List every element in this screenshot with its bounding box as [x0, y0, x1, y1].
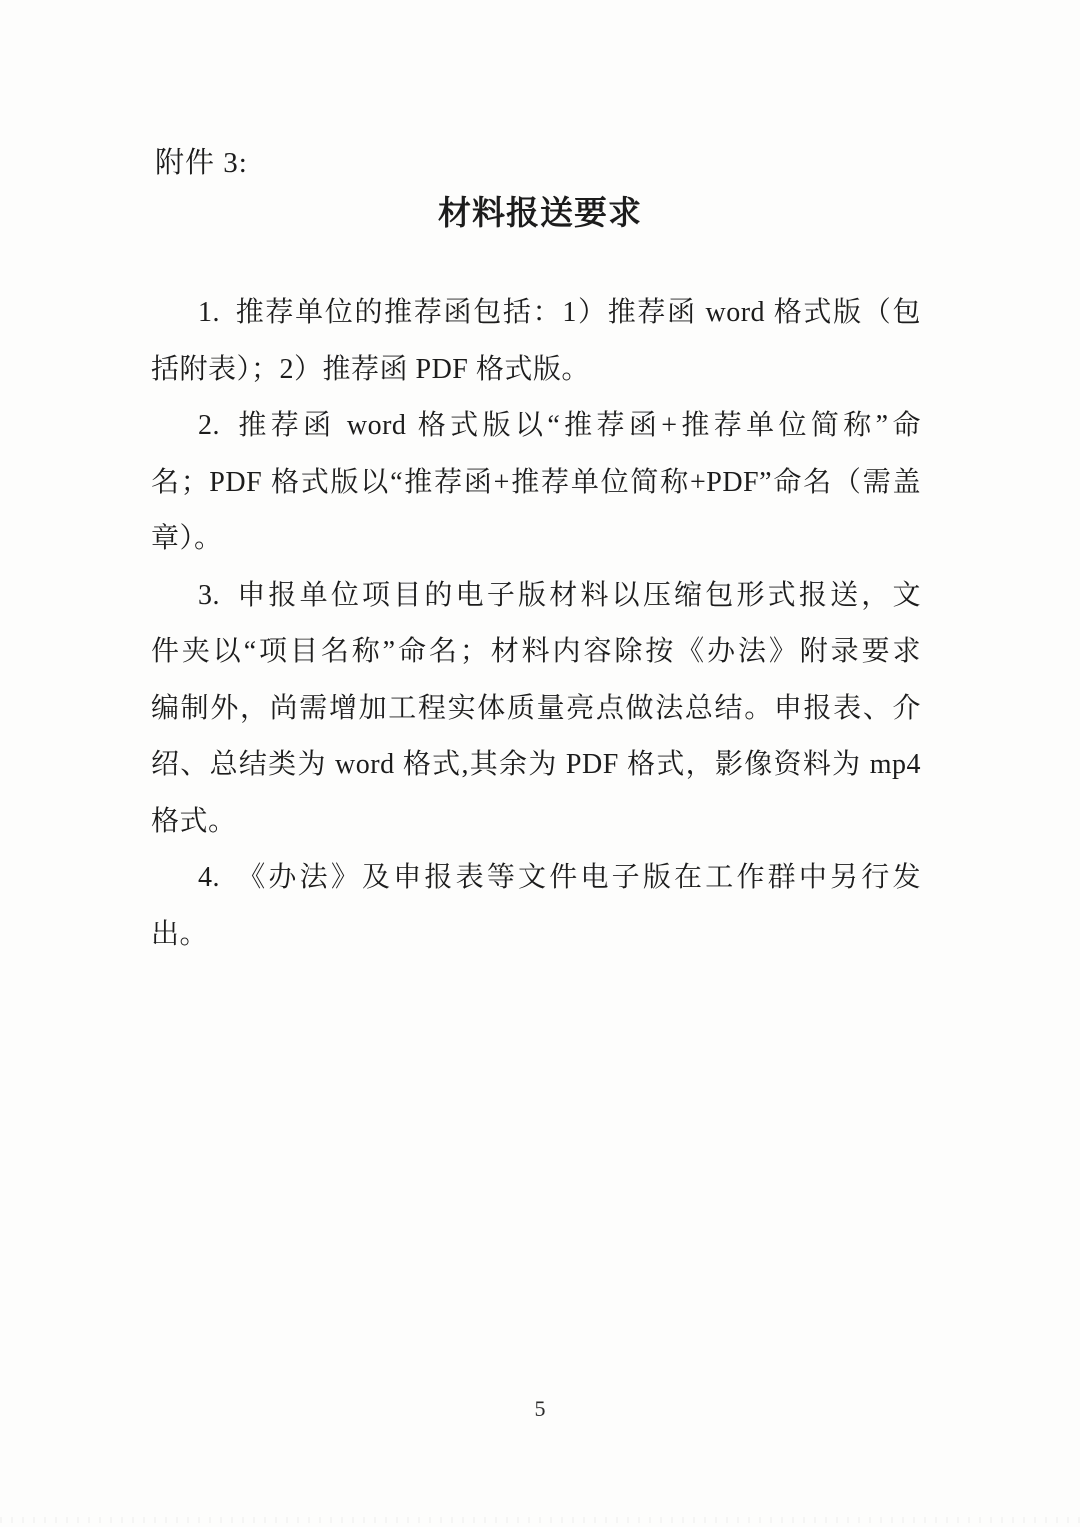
text-line: 1. 推荐单位的推荐函包括：1）推荐函 word 格式版（包 — [151, 285, 921, 342]
paragraph-1: 1. 推荐单位的推荐函包括：1）推荐函 word 格式版（包 括附表）；2）推荐… — [151, 285, 921, 398]
text-line: 编制外，尚需增加工程实体质量亮点做法总结。申报表、介 — [151, 681, 921, 738]
text-line: 2. 推荐函 word 格式版以“推荐函+推荐单位简称”命 — [151, 398, 921, 455]
page-number: 5 — [0, 1395, 1080, 1423]
text-line: 4. 《办法》及申报表等文件电子版在工作群中另行发 — [151, 850, 921, 907]
paragraph-2: 2. 推荐函 word 格式版以“推荐函+推荐单位简称”命 名；PDF 格式版以… — [151, 398, 921, 568]
document-title: 材料报送要求 — [0, 192, 1080, 236]
document-page: 附件 3: 材料报送要求 1. 推荐单位的推荐函包括：1）推荐函 word 格式… — [0, 0, 1080, 1527]
scan-noise — [0, 1517, 1080, 1523]
paragraph-4: 4. 《办法》及申报表等文件电子版在工作群中另行发 出。 — [151, 850, 921, 963]
text-line: 章）。 — [151, 511, 921, 568]
text-line: 名；PDF 格式版以“推荐函+推荐单位简称+PDF”命名（需盖 — [151, 455, 921, 512]
attachment-label: 附件 3: — [155, 145, 248, 181]
text-line: 绍、总结类为 word 格式,其余为 PDF 格式，影像资料为 mp4 — [151, 737, 921, 794]
text-line: 件夹以“项目名称”命名；材料内容除按《办法》附录要求 — [151, 624, 921, 681]
text-line: 出。 — [151, 907, 921, 964]
text-line: 格式。 — [151, 794, 921, 851]
paragraph-3: 3. 申报单位项目的电子版材料以压缩包形式报送，文 件夹以“项目名称”命名；材料… — [151, 568, 921, 851]
document-body: 1. 推荐单位的推荐函包括：1）推荐函 word 格式版（包 括附表）；2）推荐… — [151, 285, 921, 963]
text-line: 3. 申报单位项目的电子版材料以压缩包形式报送，文 — [151, 568, 921, 625]
text-line: 括附表）；2）推荐函 PDF 格式版。 — [151, 342, 921, 399]
